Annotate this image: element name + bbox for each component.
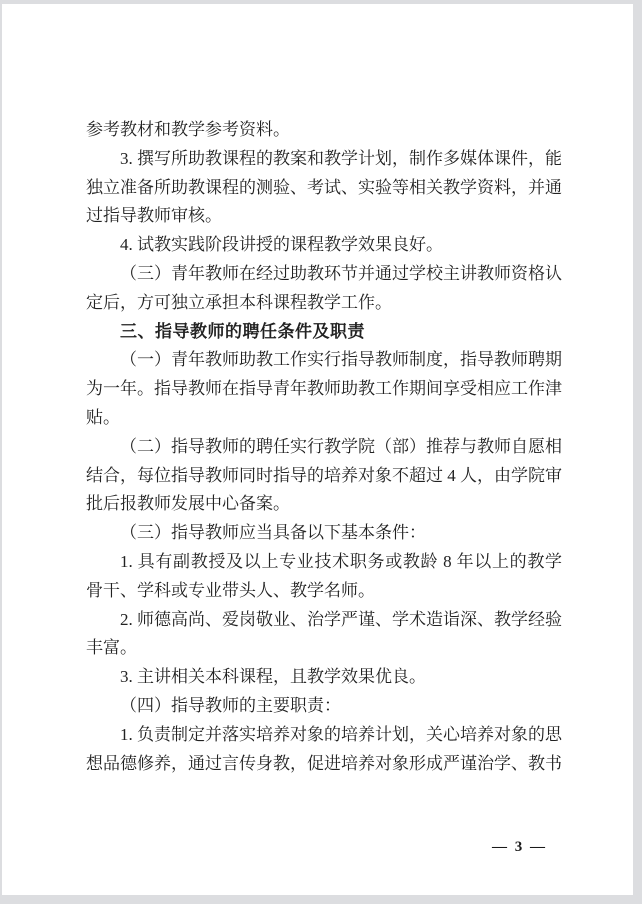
text-line: （一）青年教师助教工作实行指导教师制度，指导教师聘期 [86,346,562,375]
text-line: 3. 撰写所助教课程的教案和教学计划，制作多媒体课件，能 [86,145,562,174]
text-line: （三）青年教师在经过助教环节并通过学校主讲教师资格认 [86,260,562,289]
document-page: 参考教材和教学参考资料。3. 撰写所助教课程的教案和教学计划，制作多媒体课件，能… [2,4,633,895]
text-line: 丰富。 [86,634,562,663]
text-line: 骨干、学科或专业带头人、教学名师。 [86,577,562,606]
text-line: 2. 师德高尚、爱岗敬业、治学严谨、学术造诣深、教学经验 [86,606,562,635]
text-line: 想品德修养，通过言传身教，促进培养对象形成严谨治学、教书 [86,750,562,779]
text-line: （二）指导教师的聘任实行教学院（部）推荐与教师自愿相 [86,433,562,462]
body-text: 参考教材和教学参考资料。3. 撰写所助教课程的教案和教学计划，制作多媒体课件，能… [86,116,562,778]
text-line: （三）指导教师应当具备以下基本条件： [86,519,562,548]
text-line: 结合，每位指导教师同时指导的培养对象不超过 4 人，由学院审 [86,462,562,491]
text-line: 4. 试教实践阶段讲授的课程教学效果良好。 [86,231,562,260]
section-heading: 三、指导教师的聘任条件及职责 [86,318,562,347]
text-line: 贴。 [86,404,562,433]
text-line: 过指导教师审核。 [86,202,562,231]
text-line: 1. 具有副教授及以上专业技术职务或教龄 8 年以上的教学 [86,548,562,577]
text-line: 批后报教师发展中心备案。 [86,490,562,519]
text-line: 1. 负责制定并落实培养对象的培养计划，关心培养对象的思 [86,721,562,750]
text-line: 参考教材和教学参考资料。 [86,116,562,145]
text-line: （四）指导教师的主要职责： [86,692,562,721]
page-number: — 3 — [492,839,547,856]
text-line: 为一年。指导教师在指导青年教师助教工作期间享受相应工作津 [86,375,562,404]
text-line: 定后，方可独立承担本科课程教学工作。 [86,289,562,318]
document-viewer: { "colors": { "canvas_bg": "#dcdde0", "p… [0,0,642,904]
text-line: 3. 主讲相关本科课程，且教学效果优良。 [86,663,562,692]
text-line: 独立准备所助教课程的测验、考试、实验等相关教学资料，并通 [86,174,562,203]
